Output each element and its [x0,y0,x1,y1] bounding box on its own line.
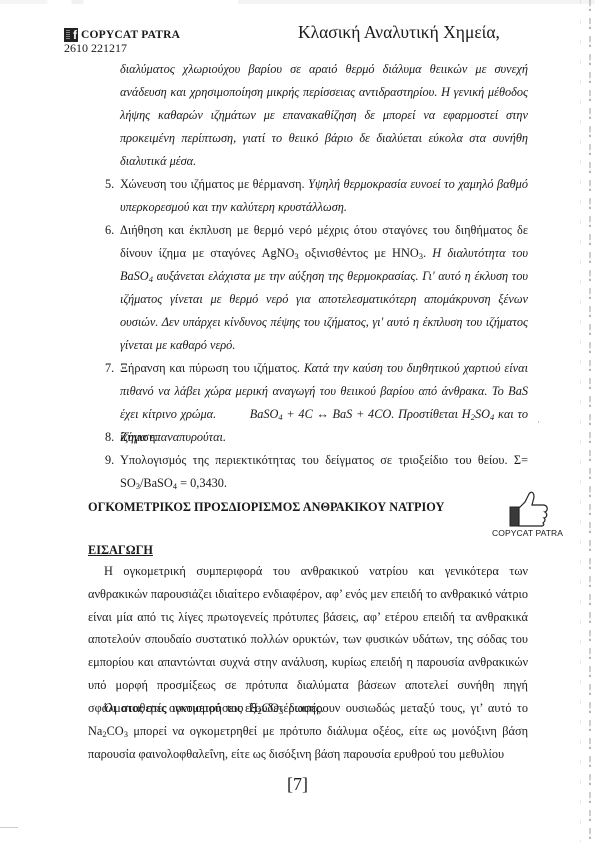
thumbs-up-icon [508,491,550,527]
page-number: [7] [0,774,595,795]
step-9: 9. Υπολογισμός της περιεκτικότητας του δ… [105,449,528,495]
header-phone: 2610 221217 [64,41,127,56]
scan-artifact-right-inner [580,0,581,842]
document-page: fCOPYCAT PATRA 2610 221217 Κλασική Αναλυ… [0,0,595,842]
scan-artifact-bottom [0,827,18,828]
step-4-continuation: διαλύματος χλωριούχου βαρίου σε αραιό θε… [120,58,528,173]
step-number: 5. [105,173,114,196]
scan-artifact-right [589,0,591,842]
step-text: Ζύγιση. [120,430,158,444]
step-8: 8. Ζύγιση. [105,426,528,449]
step-5: 5. Χώνευση του ιζήματος με θέρμανση. Υψη… [105,173,528,219]
scan-speck: ˙ [537,420,540,430]
header-title: Κλασική Αναλυτική Χημεία, [298,22,500,43]
step-6: 6. Διήθηση και έκπλυση με θερμό νερό μέχ… [105,219,528,357]
watermark-caption: COPYCAT PATRA [492,528,563,538]
step-number: 6. [105,219,114,242]
note-text: αυξάνεται ελάχιστα με την αύξηση της θερ… [120,269,528,352]
intro-paragraph-2: Οι σταθερές ιοντισμού του H2CO3 διαφέρου… [88,697,528,765]
step-number: 9. [105,449,114,472]
note-text: Προστίθεται H [398,407,471,421]
step-text: Ξήρανση και πύρωση του ιζήματος. [120,361,300,375]
brand-name: COPYCAT PATRA [81,29,180,41]
intro-heading: ΕΙΣΑΓΩΓΗ [88,543,153,558]
intro-paragraph-1: Η ογκομετρική συμπεριφορά του ανθρακικού… [88,560,528,720]
step-text: Χώνευση του ιζήματος με θέρμανση. [120,177,305,191]
subscript: 4 [149,274,153,284]
facebook-icon: f [64,28,78,42]
scan-artifact-top [0,0,595,4]
paragraph-text: Η ογκομετρική συμπεριφορά του ανθρακικού… [88,564,528,715]
section-title: ΟΓΚΟΜΕΤΡΙΚΟΣ ΠΡΟΣΔΙΟΡΙΣΜΟΣ ΑΝΘΡΑΚΙΚΟΥ ΝΑ… [88,500,444,515]
step-text: . [423,246,426,260]
step-number: 7. [105,357,114,380]
step-note: Η διαλυτότητα του BaSO4 αυξάνεται ελάχισ… [120,246,528,352]
step-text: οξινισθέντος με HNO [299,246,419,260]
step-number: 8. [105,426,114,449]
reaction-equation: BaSO4 + 4C ↔ BaS + 4CO. [250,407,395,421]
